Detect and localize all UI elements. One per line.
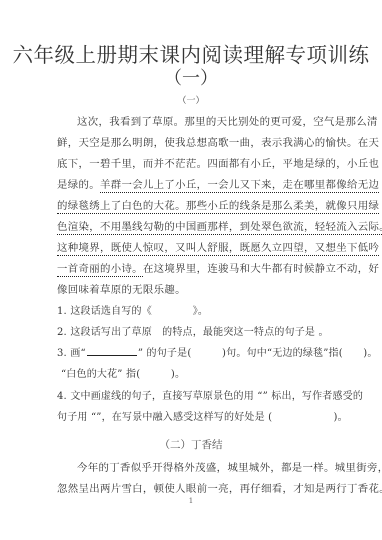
paragraph-line: 一首奇丽的小诗。在这境界里，连骏马和大牛都有时候静立不动，好	[57, 263, 333, 276]
underlined-text: 羊群一会儿上了小丘，一会儿又下来，走在哪里都像给无边	[100, 179, 379, 193]
question-1: 1. 这段话选自写的《 》。	[57, 305, 333, 318]
q3-prefix: 3. 画“	[57, 348, 86, 359]
q3-suffix: ” 的句子是( )句。句中“无边的绿毯”指( )。	[138, 348, 378, 359]
question-3-line2: “白色的大花” 指( )。	[61, 368, 337, 381]
text-plain: 在这境界里，连骏马和大牛都有时候静立不动，好	[143, 263, 379, 275]
underlined-text: 的绿毯绣上了白色的大花。那些小丘的线条是那么柔美，就像只用绿	[57, 200, 379, 214]
section2-heading: （二）丁香结	[0, 437, 382, 452]
document-subtitle: （一）	[0, 64, 382, 90]
paragraph-line: 鲜，天空是那么明朗，使我总想高歌一曲，表示我满心的愉快。在天	[57, 137, 333, 150]
paragraph-line: 今年的丁香似乎开得格外茂盛，城里城外，都是一样。城里街旁，	[77, 462, 353, 475]
underline-sample	[87, 347, 137, 356]
paragraph-line: 忽然呈出两片雪白，顿使人眼前一亮，再仔细看，才知是两行丁香花。	[57, 483, 333, 496]
page-number: 1	[0, 497, 382, 505]
underlined-text: 这种境界，既使人惊叹，又叫人舒服，既愿久立四望，又想坐下低吟	[57, 242, 379, 256]
paragraph-line: 像回味着草原的无限乐趣。	[57, 284, 333, 297]
paragraph-line: 这次，我看到了草原。那里的天比别处的更可爱，空气是那么清	[77, 116, 353, 129]
question-2: 2. 这段话写出了草原 的特点，最能突这一特点的句子是 。	[57, 326, 333, 339]
question-4-line1: 4. 文中画虚线的句子，直接写草原景色的用 “” 标出，写作者感受的	[57, 390, 333, 403]
section1-heading: （一）	[0, 93, 382, 106]
question-3: 3. 画“” 的句子是( )句。句中“无边的绿毯”指( )。	[57, 347, 333, 360]
document-page: 六年级上册期末课内阅读理解专项训练 （一） （一） 这次，我看到了草原。那里的天…	[0, 0, 382, 540]
paragraph-line: 底下，一碧千里，而并不茫茫。四面都有小丘，平地是绿的，小丘也	[57, 158, 333, 171]
text-plain: 是绿的。	[57, 179, 100, 191]
paragraph-line: 这种境界，既使人惊叹，又叫人舒服，既愿久立四望，又想坐下低吟	[57, 242, 333, 255]
paragraph-line: 色渲染，不用墨线勾勒的中国画那样，到处翠色欲流，轻轻流入云际。	[57, 221, 333, 234]
question-4-line2: 句子用 “”，在写景中融入感受这样写的好处是 ( )。	[57, 411, 333, 424]
paragraph-line: 的绿毯绣上了白色的大花。那些小丘的线条是那么柔美，就像只用绿	[57, 200, 333, 213]
underlined-text: 色渲染，不用墨线勾勒的中国画那样，到处翠色欲流，轻轻流入云际。	[57, 221, 382, 235]
underlined-text: 一首奇丽的小诗。	[57, 263, 143, 277]
paragraph-line: 是绿的。羊群一会儿上了小丘，一会儿又下来，走在哪里都像给无边	[57, 179, 333, 192]
